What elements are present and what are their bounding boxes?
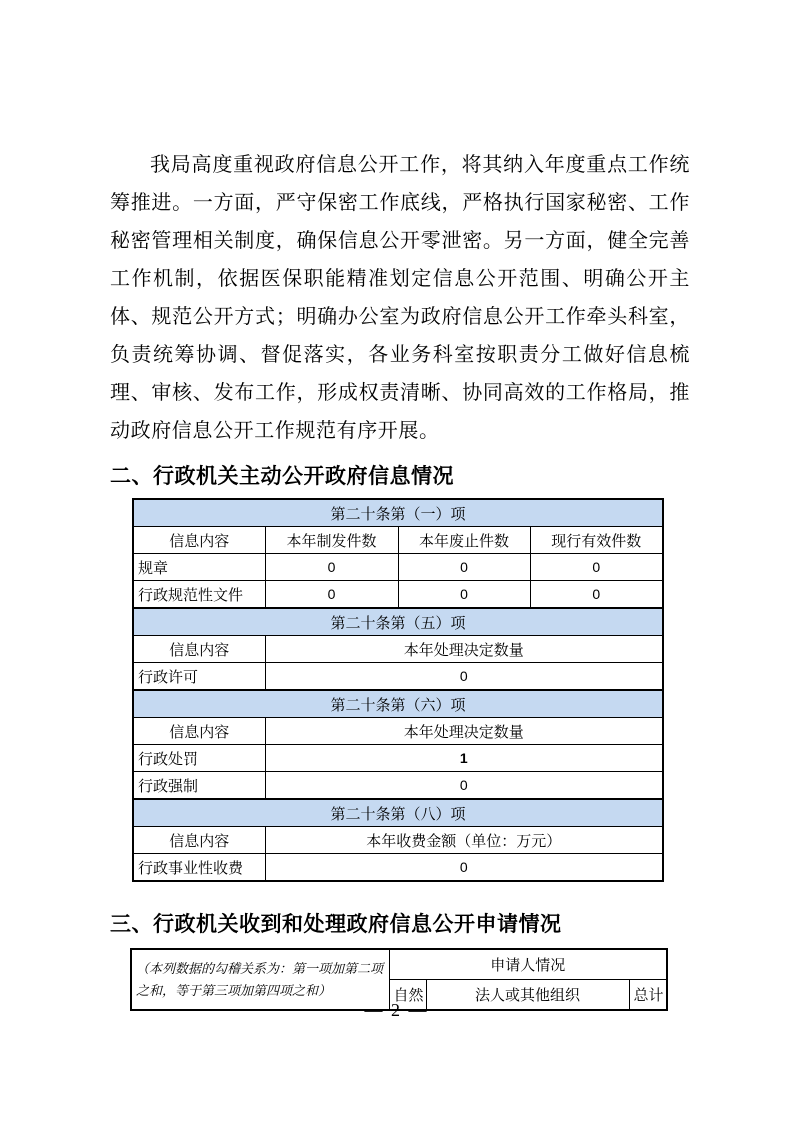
intro-paragraph: 我局高度重视政府信息公开工作，将其纳入年度重点工作统筹推进。一方面，严守保密工作… bbox=[110, 146, 690, 450]
table-row: 行政事业性收费 0 bbox=[133, 854, 663, 882]
row-label: 行政规范性文件 bbox=[133, 581, 265, 609]
column-header: 现行有效件数 bbox=[530, 527, 663, 554]
table-section-header: 第二十条第（一）项 bbox=[133, 499, 663, 527]
table-row: 第二十条第（六）项 bbox=[133, 690, 663, 718]
row-label: 行政处罚 bbox=[133, 745, 265, 772]
column-header: 信息内容 bbox=[133, 827, 265, 854]
section2-heading: 二、行政机关主动公开政府信息情况 bbox=[110, 460, 690, 490]
cell-value: 0 bbox=[530, 554, 663, 581]
section3-heading: 三、行政机关收到和处理政府信息公开申请情况 bbox=[110, 908, 690, 938]
table-row: 信息内容 本年处理决定数量 bbox=[133, 636, 663, 663]
row-label: 规章 bbox=[133, 554, 265, 581]
page-number: — 2 — bbox=[0, 1000, 793, 1021]
cell-value: 0 bbox=[530, 581, 663, 609]
column-header: 本年处理决定数量 bbox=[265, 718, 663, 745]
table-row: 第二十条第（五）项 bbox=[133, 608, 663, 636]
column-header: 本年处理决定数量 bbox=[265, 636, 663, 663]
cell-value: 0 bbox=[265, 663, 663, 691]
table-row: 信息内容 本年处理决定数量 bbox=[133, 718, 663, 745]
table-row: 行政强制 0 bbox=[133, 772, 663, 800]
table-article20-item5: 第二十条第（五）项 信息内容 本年处理决定数量 行政许可 0 bbox=[132, 607, 664, 691]
cell-value: 0 bbox=[265, 854, 663, 882]
table-row: 行政规范性文件 0 0 0 bbox=[133, 581, 663, 609]
table-article20-item1: 第二十条第（一）项 信息内容 本年制发件数 本年废止件数 现行有效件数 规章 0… bbox=[132, 498, 664, 609]
column-header: 本年收费金额（单位：万元） bbox=[265, 827, 663, 854]
cell-value: 0 bbox=[398, 554, 530, 581]
cell-value: 0 bbox=[265, 554, 398, 581]
table-article20-item6: 第二十条第（六）项 信息内容 本年处理决定数量 行政处罚 1 行政强制 0 bbox=[132, 689, 664, 800]
table-row: 信息内容 本年制发件数 本年废止件数 现行有效件数 bbox=[133, 527, 663, 554]
cell-value: 0 bbox=[265, 772, 663, 800]
cell-value: 1 bbox=[265, 745, 663, 772]
column-header: 本年废止件数 bbox=[398, 527, 530, 554]
column-header: 信息内容 bbox=[133, 636, 265, 663]
column-header: 信息内容 bbox=[133, 718, 265, 745]
table-row: 行政处罚 1 bbox=[133, 745, 663, 772]
row-label: 行政事业性收费 bbox=[133, 854, 265, 882]
row-label: 行政许可 bbox=[133, 663, 265, 691]
column-header: 信息内容 bbox=[133, 527, 265, 554]
applicant-header: 申请人情况 bbox=[389, 949, 667, 980]
table-row: 第二十条第（八）项 bbox=[133, 799, 663, 827]
table-row: 信息内容 本年收费金额（单位：万元） bbox=[133, 827, 663, 854]
table-section-header: 第二十条第（六）项 bbox=[133, 690, 663, 718]
table-article20-item8: 第二十条第（八）项 信息内容 本年收费金额（单位：万元） 行政事业性收费 0 bbox=[132, 798, 664, 882]
cell-value: 0 bbox=[398, 581, 530, 609]
table-row: 第二十条第（一）项 bbox=[133, 499, 663, 527]
document-page: 我局高度重视政府信息公开工作，将其纳入年度重点工作统筹推进。一方面，严守保密工作… bbox=[0, 0, 793, 1122]
cell-value: 0 bbox=[265, 581, 398, 609]
table-row: 规章 0 0 0 bbox=[133, 554, 663, 581]
table-section-header: 第二十条第（五）项 bbox=[133, 608, 663, 636]
column-header: 本年制发件数 bbox=[265, 527, 398, 554]
table-row: （本列数据的勾稽关系为：第一项加第二项之和，等于第三项加第四项之和） 申请人情况 bbox=[131, 949, 667, 980]
row-label: 行政强制 bbox=[133, 772, 265, 800]
table-row: 行政许可 0 bbox=[133, 663, 663, 691]
table-section-header: 第二十条第（八）项 bbox=[133, 799, 663, 827]
